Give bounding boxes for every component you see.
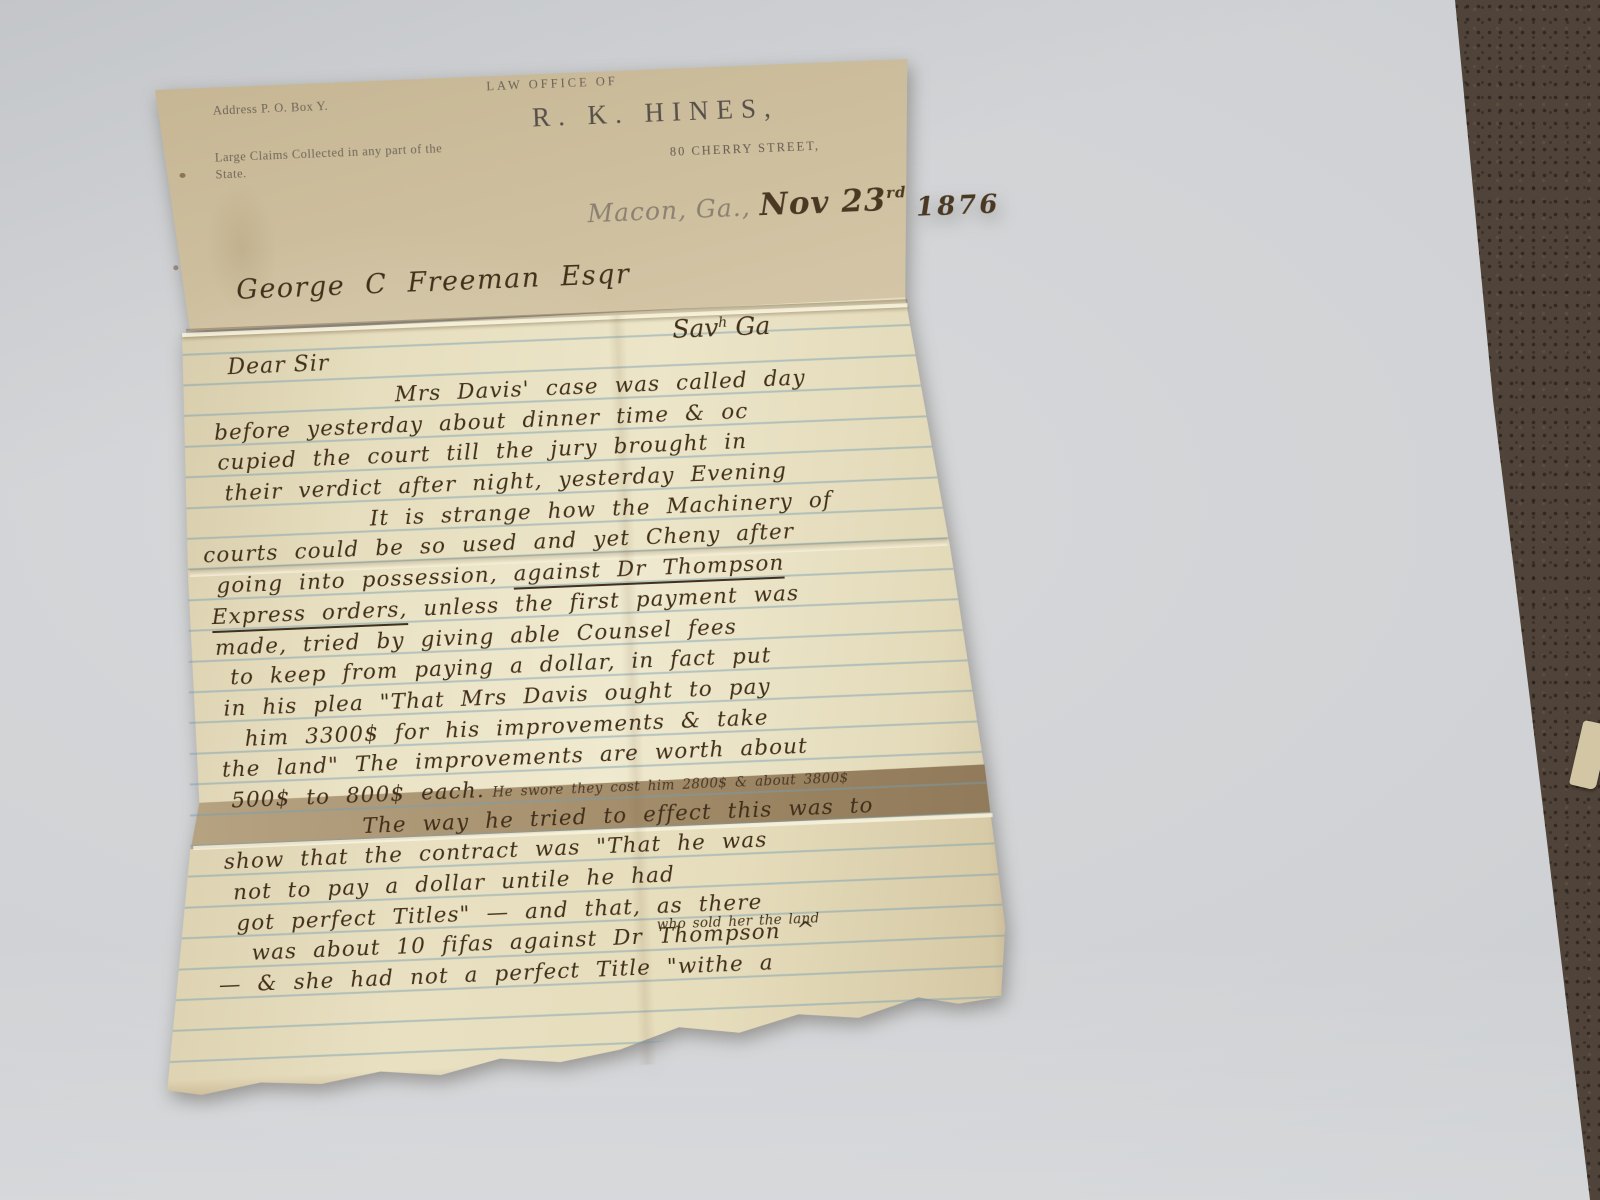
- salutation: Dear Sir: [227, 351, 330, 380]
- handwritten-year: 1876: [915, 189, 1001, 222]
- date-superscript: rd: [886, 183, 907, 202]
- addressee-city: Sav: [672, 313, 719, 344]
- letter: LAW OFFICE OF R. K. HINES, 80 CHERRY STR…: [120, 55, 1041, 1110]
- addressee-state: Ga: [727, 311, 771, 342]
- handwritten-date: Nov 23: [759, 182, 887, 223]
- printed-place: Macon, Ga.,: [587, 193, 751, 229]
- addressee-place: Savh Ga: [672, 311, 771, 344]
- photo-scene: LAW OFFICE OF R. K. HINES, 80 CHERRY STR…: [0, 0, 1600, 1200]
- ink-spot: [173, 265, 178, 270]
- letter-body: Mrs Davis' case was called day before ye…: [194, 356, 1019, 1002]
